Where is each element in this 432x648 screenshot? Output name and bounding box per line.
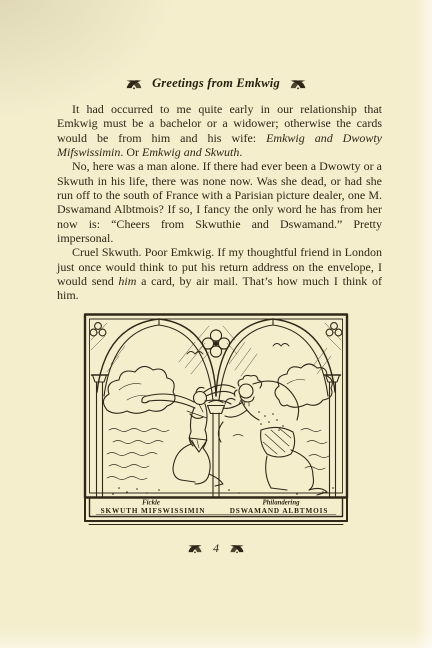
- caption-fickle: Fickle: [142, 499, 160, 506]
- chapter-header: Greetings from Emkwig: [0, 0, 432, 91]
- paragraph: No, here was a man alone. If there had e…: [57, 159, 382, 245]
- fleuron-icon: [125, 78, 143, 90]
- caption-philandering: Philandering: [262, 499, 300, 506]
- page-number: 4: [213, 541, 219, 556]
- body-text: It had occurred to me quite early in our…: [57, 102, 382, 303]
- page-footer: 4: [0, 541, 432, 556]
- fleuron-icon: [289, 78, 307, 90]
- fleuron-icon: [229, 543, 245, 554]
- woodcut-illustration: Fickle SKWUTH MIFSWISSIMIN Philandering …: [83, 312, 349, 526]
- woodcut-drawing: Fickle SKWUTH MIFSWISSIMIN Philandering …: [83, 312, 349, 526]
- fleuron-icon: [187, 543, 203, 554]
- book-page: Greetings from Emkwig It had occurred to…: [0, 0, 432, 648]
- paragraph: It had occurred to me quite early in our…: [57, 102, 382, 159]
- page-title: Greetings from Emkwig: [152, 76, 280, 91]
- paragraph: Cruel Skwuth. Poor Emkwig. If my thought…: [57, 245, 382, 302]
- caption-skwuth-name: SKWUTH MIFSWISSIMIN: [101, 507, 206, 515]
- caption-dswamand-name: DSWAMAND ALBTMOIS: [230, 507, 329, 515]
